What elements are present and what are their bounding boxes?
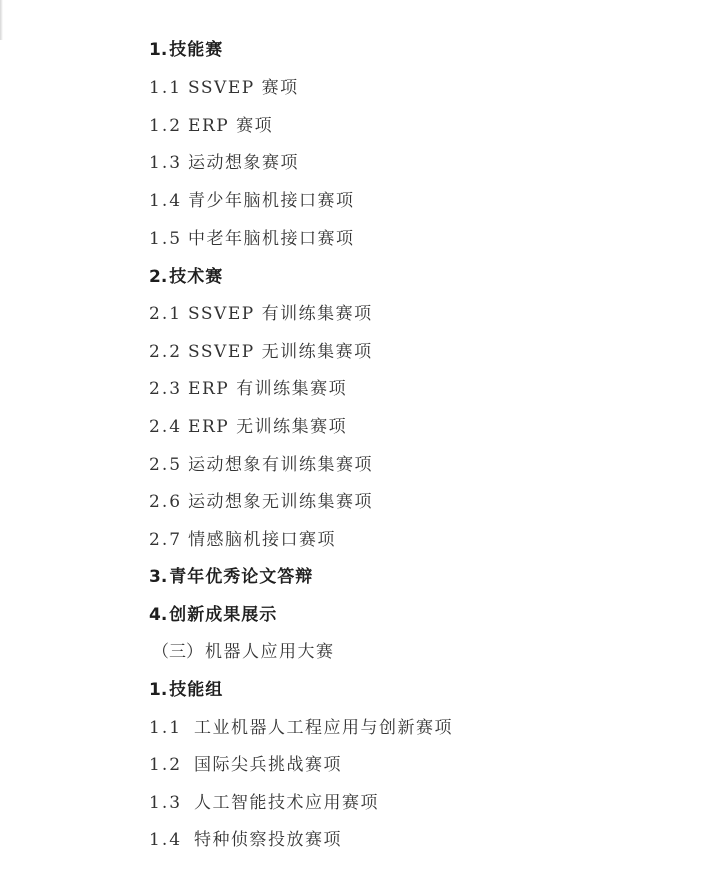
item-text: 国际尖兵挑战赛项 xyxy=(194,755,342,775)
list-item: 1.5中老年脑机接口赛项 xyxy=(149,226,355,252)
item-text: ERP 无训练集赛项 xyxy=(188,417,347,437)
list-item: 2.5运动想象有训练集赛项 xyxy=(149,452,373,478)
item-text: 运动想象无训练集赛项 xyxy=(188,492,373,512)
item-text: 情感脑机接口赛项 xyxy=(188,530,336,550)
item-text: SSVEP 赛项 xyxy=(188,78,299,98)
list-item: 2.2SSVEP 无训练集赛项 xyxy=(149,339,373,365)
item-text: 运动想象赛项 xyxy=(188,153,299,173)
item-number: 1.5 xyxy=(149,226,182,252)
heading-number: 3. xyxy=(149,564,167,590)
item-number: 1.4 xyxy=(149,827,182,853)
item-number: 2.7 xyxy=(149,527,182,553)
item-text: SSVEP 无训练集赛项 xyxy=(188,342,373,362)
item-number: 1.2 xyxy=(149,113,182,139)
item-number: 2.4 xyxy=(149,414,182,440)
item-number: 1.3 xyxy=(149,150,182,176)
heading-skills-competition: 1.技能赛 xyxy=(149,37,223,63)
document-page: 1.技能赛 1.1SSVEP 赛项 1.2ERP 赛项 1.3运动想象赛项 1.… xyxy=(0,0,714,891)
item-text: 青少年脑机接口赛项 xyxy=(188,191,355,211)
heading-skills-group: 1.技能组 xyxy=(149,677,223,703)
item-number: 2.5 xyxy=(149,452,182,478)
item-number: 1.1 xyxy=(149,715,182,741)
item-number: 1.1 xyxy=(149,75,182,101)
list-item: 1.2国际尖兵挑战赛项 xyxy=(149,752,342,778)
list-item: 2.6运动想象无训练集赛项 xyxy=(149,489,373,515)
heading-text: 创新成果展示 xyxy=(169,605,277,625)
item-number: 1.4 xyxy=(149,188,182,214)
heading-text: 技能赛 xyxy=(169,40,223,60)
heading-text: 技能组 xyxy=(169,680,223,700)
item-text: 中老年脑机接口赛项 xyxy=(188,229,355,249)
item-number: 2.2 xyxy=(149,339,182,365)
list-item: 1.4青少年脑机接口赛项 xyxy=(149,188,355,214)
heading-innovation-showcase: 4.创新成果展示 xyxy=(149,602,277,628)
list-item: 1.3运动想象赛项 xyxy=(149,150,299,176)
heading-text: 技术赛 xyxy=(169,267,223,287)
item-number: 1.2 xyxy=(149,752,182,778)
list-item: 1.1SSVEP 赛项 xyxy=(149,75,299,101)
item-number: 1.3 xyxy=(149,790,182,816)
section-text: 机器人应用大赛 xyxy=(205,642,335,662)
heading-number: 1. xyxy=(149,37,167,63)
list-item: 1.4特种侦察投放赛项 xyxy=(149,827,342,853)
heading-number: 1. xyxy=(149,677,167,703)
item-text: 运动想象有训练集赛项 xyxy=(188,455,373,475)
item-text: 工业机器人工程应用与创新赛项 xyxy=(194,718,453,738)
item-number: 2.6 xyxy=(149,489,182,515)
heading-technical-competition: 2.技术赛 xyxy=(149,264,223,290)
item-number: 2.1 xyxy=(149,301,182,327)
item-number: 2.3 xyxy=(149,376,182,402)
section-number: （三） xyxy=(152,639,203,665)
item-text: SSVEP 有训练集赛项 xyxy=(188,304,373,324)
list-item: 2.4ERP 无训练集赛项 xyxy=(149,414,347,440)
heading-youth-paper-defense: 3.青年优秀论文答辩 xyxy=(149,564,313,590)
list-item: 1.1工业机器人工程应用与创新赛项 xyxy=(149,715,453,741)
section-title-robot-competition: （三）机器人应用大赛 xyxy=(152,639,335,665)
item-text: 特种侦察投放赛项 xyxy=(194,830,342,850)
heading-text: 青年优秀论文答辩 xyxy=(169,567,313,587)
item-text: 人工智能技术应用赛项 xyxy=(194,793,379,813)
list-item: 2.1SSVEP 有训练集赛项 xyxy=(149,301,373,327)
list-item: 1.2ERP 赛项 xyxy=(149,113,273,139)
list-item: 1.3人工智能技术应用赛项 xyxy=(149,790,379,816)
item-text: ERP 有训练集赛项 xyxy=(188,379,347,399)
item-text: ERP 赛项 xyxy=(188,116,273,136)
list-item: 2.3ERP 有训练集赛项 xyxy=(149,376,347,402)
list-item: 2.7情感脑机接口赛项 xyxy=(149,527,336,553)
heading-number: 2. xyxy=(149,264,167,290)
heading-number: 4. xyxy=(149,602,167,628)
